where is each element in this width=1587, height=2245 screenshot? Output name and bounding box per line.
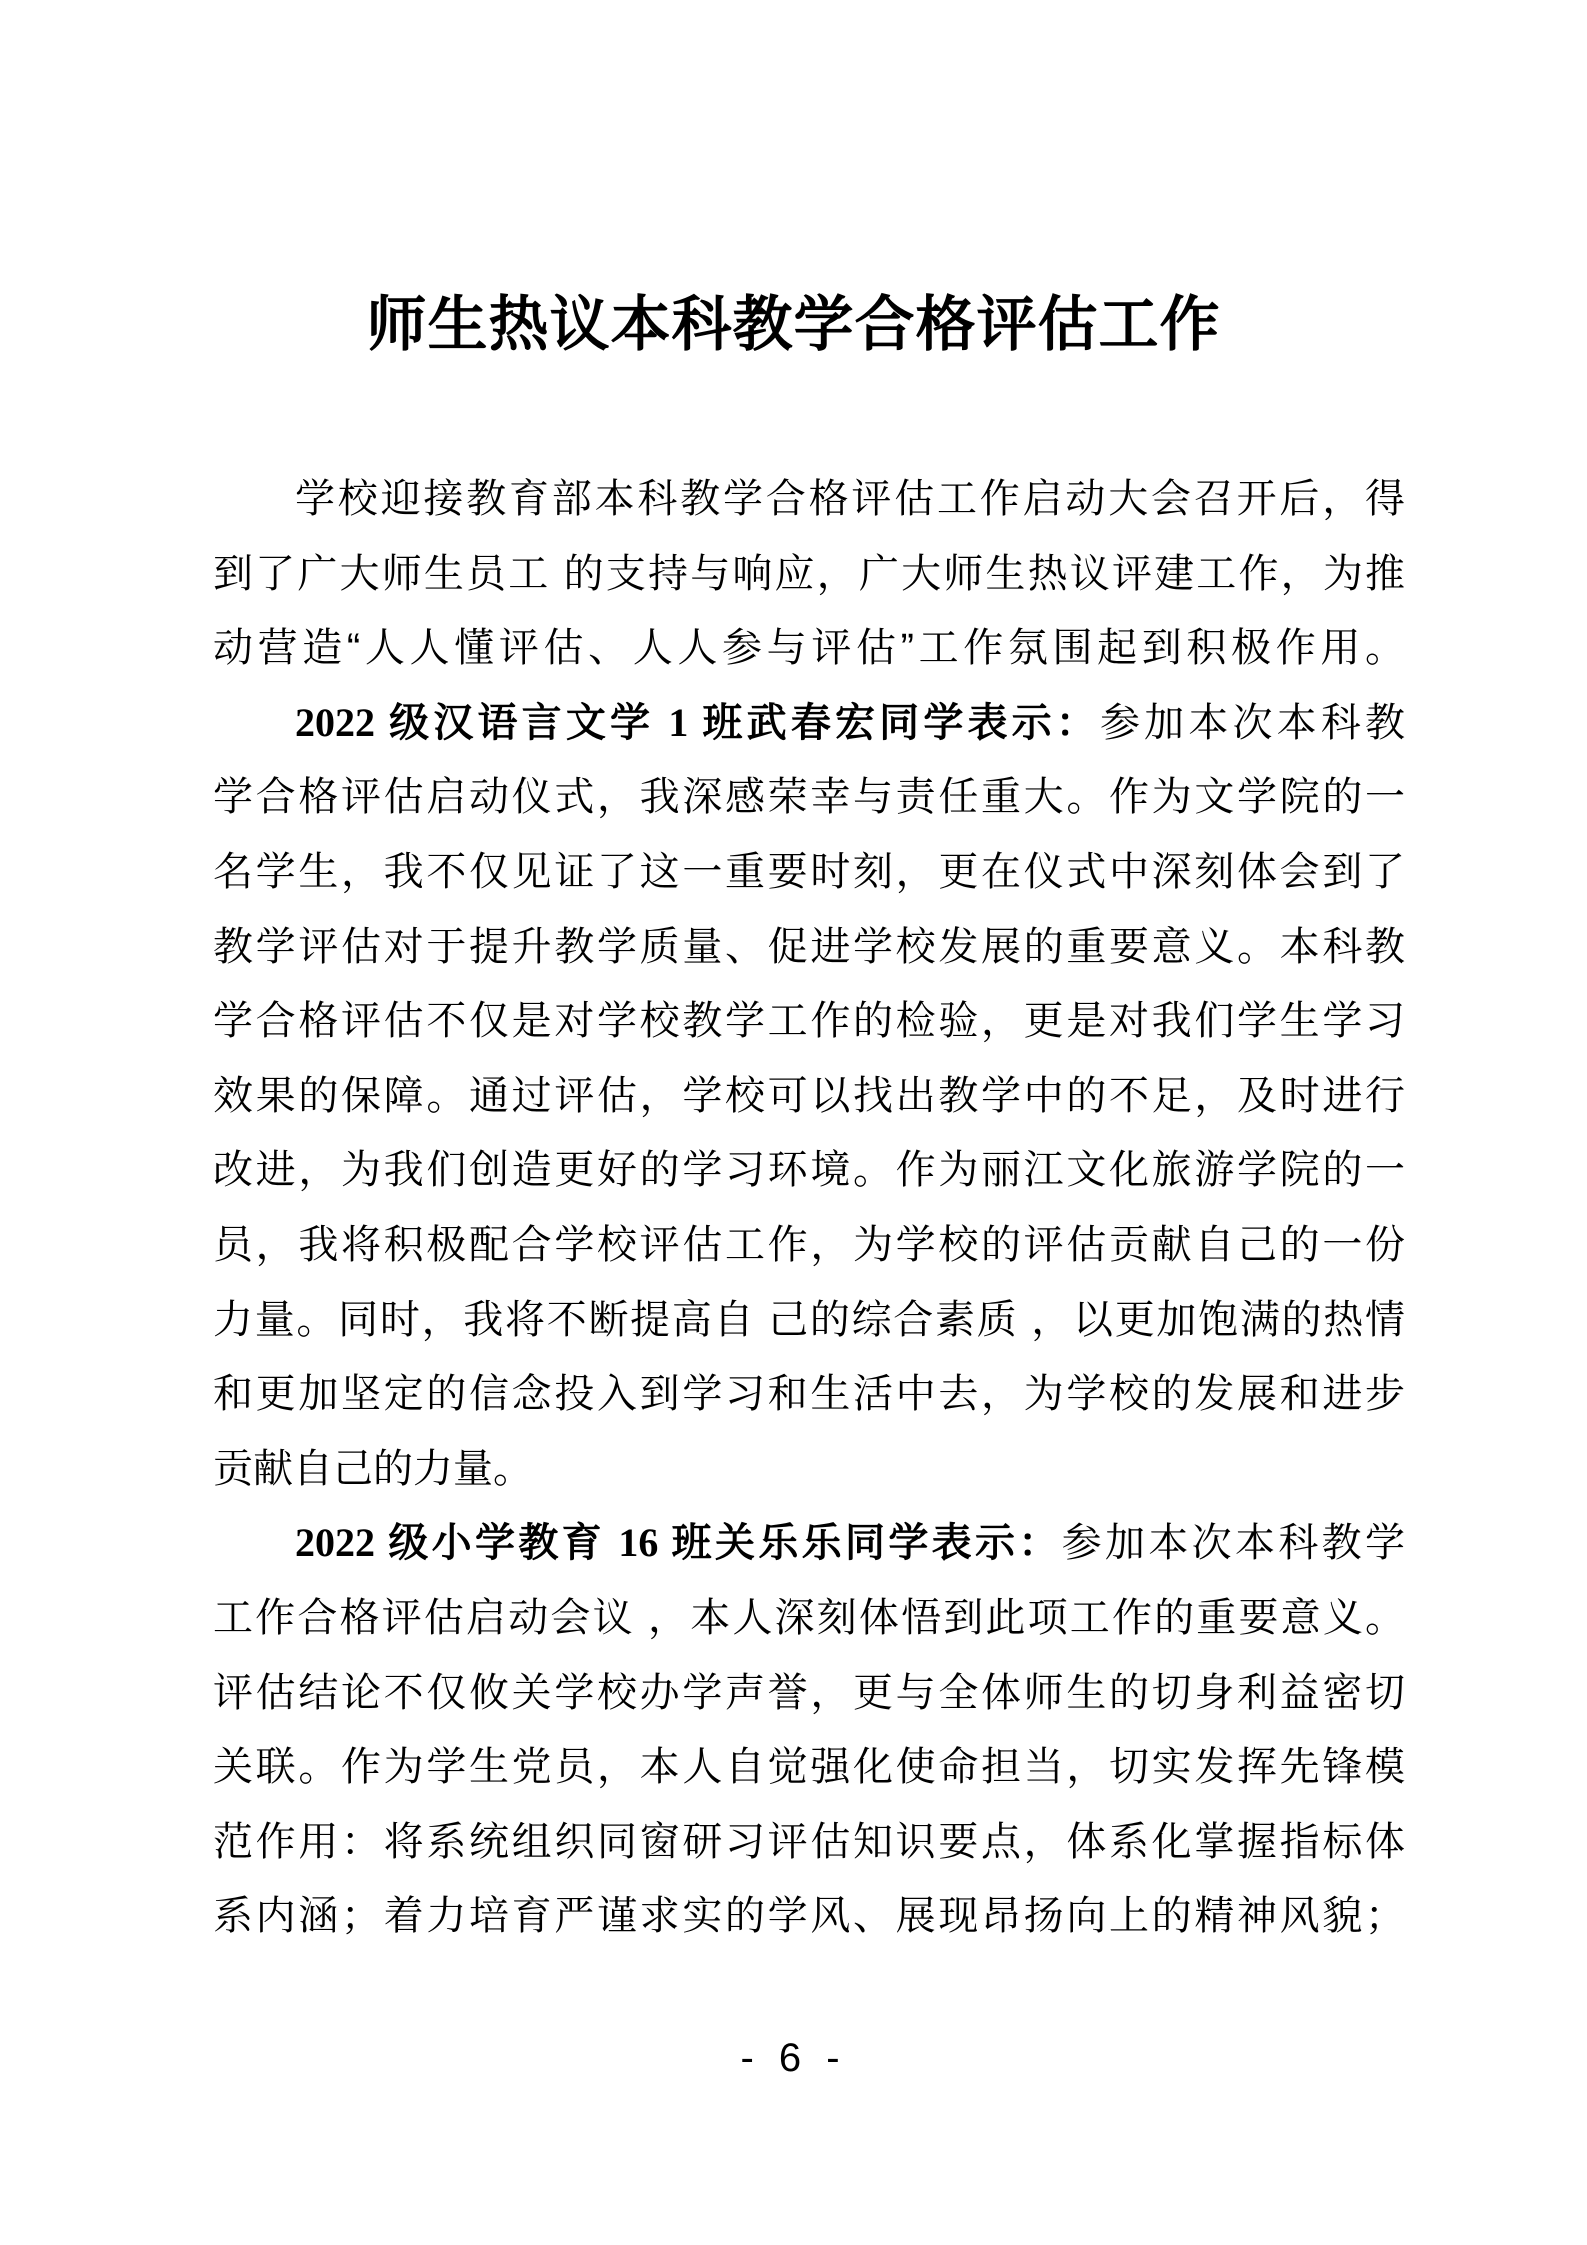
text-line: 学合格评估启动仪式，我深感荣幸与责任重大。作为文学院的一 bbox=[213, 760, 1405, 835]
text-run: 贡献自己的力量。 bbox=[213, 1447, 533, 1491]
text-line: 系内涵；着力培育严谨求实的学风、展现昂扬向上的精神风貌； bbox=[213, 1879, 1405, 1954]
text-run: 员，我将积极配合学校评估工作，为学校的评估贡献自己的一份 bbox=[213, 1223, 1405, 1267]
paragraph: 2022 级小学教育 16 班关乐乐同学表示：参加本次本科教学工作合格评估启动会… bbox=[213, 1506, 1405, 1954]
text-run: 教学评估对于提升教学质量、促进学校发展的重要意义。本科教 bbox=[213, 925, 1405, 969]
text-run: 学合格评估不仅是对学校教学工作的检验，更是对我们学生学习 bbox=[213, 999, 1405, 1043]
paragraph: 学校迎接教育部本科教学合格评估工作启动大会召开后，得到了广大师生员工 的支持与响… bbox=[213, 462, 1405, 686]
document-page: 师生热议本科教学合格评估工作 学校迎接教育部本科教学合格评估工作启动大会召开后，… bbox=[0, 0, 1587, 2245]
text-run: 改进，为我们创造更好的学习环境。作为丽江文化旅游学院的一 bbox=[213, 1148, 1405, 1192]
bold-text-run: 2022 级汉语言文学 1 班武春宏同学表示： bbox=[295, 700, 1100, 745]
text-line: 学校迎接教育部本科教学合格评估工作启动大会召开后，得 bbox=[213, 462, 1405, 537]
page-number: - 6 - bbox=[0, 2036, 1587, 2080]
text-line: 教学评估对于提升教学质量、促进学校发展的重要意义。本科教 bbox=[213, 910, 1405, 985]
text-line: 动营造“人人懂评估、人人参与评估”工作氛围起到积极作用。 bbox=[213, 611, 1405, 686]
text-line: 工作合格评估启动会议 ，本人深刻体悟到此项工作的重要意义。 bbox=[213, 1581, 1405, 1656]
paragraph: 2022 级汉语言文学 1 班武春宏同学表示：参加本次本科教学合格评估启动仪式，… bbox=[213, 686, 1405, 1507]
text-run: 力量。同时，我将不断提高自 己的综合素质 ，以更加饱满的热情 bbox=[213, 1298, 1405, 1342]
text-line: 名学生，我不仅见证了这一重要时刻，更在仪式中深刻体会到了 bbox=[213, 835, 1405, 910]
text-line: 效果的保障。通过评估，学校可以找出教学中的不足，及时进行 bbox=[213, 1059, 1405, 1134]
text-run: 名学生，我不仅见证了这一重要时刻，更在仪式中深刻体会到了 bbox=[213, 850, 1405, 894]
text-line: 2022 级汉语言文学 1 班武春宏同学表示：参加本次本科教 bbox=[213, 686, 1405, 761]
text-run: 参加本次本科教 bbox=[1100, 701, 1405, 745]
text-run: 范作用：将系统组织同窗研习评估知识要点，体系化掌握指标体 bbox=[213, 1820, 1405, 1864]
text-line: 改进，为我们创造更好的学习环境。作为丽江文化旅游学院的一 bbox=[213, 1133, 1405, 1208]
text-run: 评估结论不仅攸关学校办学声誉，更与全体师生的切身利益密切 bbox=[213, 1671, 1405, 1715]
text-line: 范作用：将系统组织同窗研习评估知识要点，体系化掌握指标体 bbox=[213, 1805, 1405, 1880]
text-run: 参加本次本科教学 bbox=[1062, 1521, 1405, 1565]
text-line: 2022 级小学教育 16 班关乐乐同学表示：参加本次本科教学 bbox=[213, 1506, 1405, 1581]
text-run: 到了广大师生员工 的支持与响应，广大师生热议评建工作，为推 bbox=[213, 552, 1405, 596]
text-run: 效果的保障。通过评估，学校可以找出教学中的不足，及时进行 bbox=[213, 1074, 1405, 1118]
document-title: 师生热议本科教学合格评估工作 bbox=[0, 292, 1587, 358]
text-run: 动营造“人人懂评估、人人参与评估”工作氛围起到积极作用。 bbox=[213, 626, 1405, 670]
text-run: 工作合格评估启动会议 ，本人深刻体悟到此项工作的重要意义。 bbox=[213, 1596, 1405, 1640]
text-line: 贡献自己的力量。 bbox=[213, 1432, 1405, 1507]
text-line: 关联。作为学生党员，本人自觉强化使命担当，切实发挥先锋模 bbox=[213, 1730, 1405, 1805]
text-run: 学校迎接教育部本科教学合格评估工作启动大会召开后，得 bbox=[295, 477, 1405, 521]
text-line: 员，我将积极配合学校评估工作，为学校的评估贡献自己的一份 bbox=[213, 1208, 1405, 1283]
text-line: 和更加坚定的信念投入到学习和生活中去，为学校的发展和进步 bbox=[213, 1357, 1405, 1432]
text-run: 学合格评估启动仪式，我深感荣幸与责任重大。作为文学院的一 bbox=[213, 775, 1405, 819]
text-line: 评估结论不仅攸关学校办学声誉，更与全体师生的切身利益密切 bbox=[213, 1656, 1405, 1731]
text-line: 力量。同时，我将不断提高自 己的综合素质 ，以更加饱满的热情 bbox=[213, 1283, 1405, 1358]
text-run: 和更加坚定的信念投入到学习和生活中去，为学校的发展和进步 bbox=[213, 1372, 1405, 1416]
document-body: 学校迎接教育部本科教学合格评估工作启动大会召开后，得到了广大师生员工 的支持与响… bbox=[213, 462, 1405, 1954]
text-line: 学合格评估不仅是对学校教学工作的检验，更是对我们学生学习 bbox=[213, 984, 1405, 1059]
bold-text-run: 2022 级小学教育 16 班关乐乐同学表示： bbox=[295, 1520, 1062, 1565]
text-run: 系内涵；着力培育严谨求实的学风、展现昂扬向上的精神风貌； bbox=[213, 1894, 1405, 1938]
text-line: 到了广大师生员工 的支持与响应，广大师生热议评建工作，为推 bbox=[213, 537, 1405, 612]
text-run: 关联。作为学生党员，本人自觉强化使命担当，切实发挥先锋模 bbox=[213, 1745, 1405, 1789]
